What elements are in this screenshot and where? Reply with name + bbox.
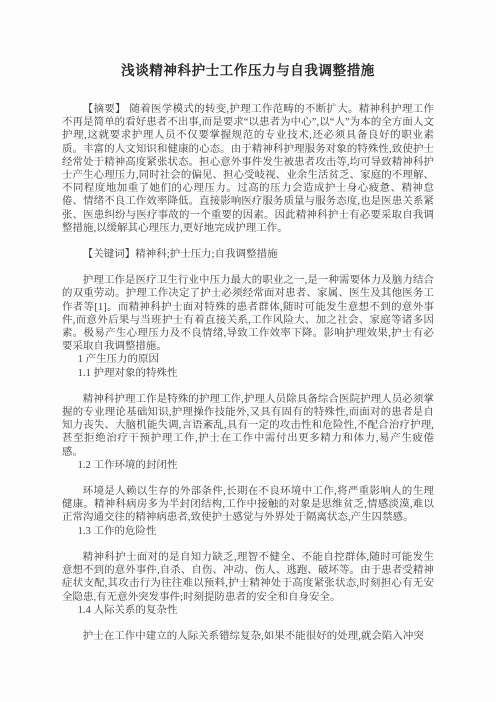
intro-paragraph: 护理工作是医疗卫生行业中压力最大的职业之一,是一种需要体力及脑力结合的双重劳动。… <box>62 274 434 353</box>
section-closed-environment: 1.2 工作环境的封闭性 环境是人赖以生存的外部条件,长期在不良环境中工作,将严… <box>62 459 434 525</box>
abstract-label: 【摘要】 <box>83 104 126 115</box>
keywords-paragraph: 【关键词】精神科;护士压力;自我调整措施 <box>62 248 434 261</box>
section-body: 护士在工作中建立的人际关系错综复杂,如果不能很好的处理,就会陷入冲突 <box>62 630 434 643</box>
section-body: 环境是人赖以生存的外部条件,长期在不良环境中工作,将严重影响人的生理健康。精神科… <box>62 485 434 525</box>
page-title: 浅谈精神科护士工作压力与自我调整措施 <box>62 63 434 78</box>
section-heading: 1.4 人际关系的复杂性 <box>62 604 434 617</box>
abstract-paragraph: 【摘要】随着医学模式的转变,护理工作范畴的不断扩大。精神科护理工作不再是简单的看… <box>62 103 434 235</box>
section-interpersonal-complexity: 1.4 人际关系的复杂性 护士在工作中建立的人际关系错综复杂,如果不能很好的处理… <box>62 604 434 643</box>
document-page: 浅谈精神科护士工作压力与自我调整措施 【摘要】随着医学模式的转变,护理工作范畴的… <box>0 0 496 702</box>
keywords-text: 精神科;护士压力;自我调整措施 <box>135 249 277 260</box>
section-heading: 1 产生压力的原因 <box>62 353 434 366</box>
section-body: 精神科护理工作是特殊的护理工作,护理人员除具备综合医院护理人员必须掌握的专业理论… <box>62 393 434 459</box>
section-body: 精神科护士面对的是自知力缺乏,理智不健全、不能自控群体,随时可能发生意想不到的意… <box>62 551 434 604</box>
abstract-text: 随着医学模式的转变,护理工作范畴的不断扩大。精神科护理工作不再是简单的看好患者不… <box>62 104 434 234</box>
section-work-danger: 1.3 工作的危险性 精神科护士面对的是自知力缺乏,理智不健全、不能自控群体,随… <box>62 525 434 604</box>
section-causes: 1 产生压力的原因 <box>62 353 434 366</box>
section-heading: 1.2 工作环境的封闭性 <box>62 459 434 472</box>
section-heading: 1.1 护理对象的特殊性 <box>62 367 434 380</box>
section-patient-particularity: 1.1 护理对象的特殊性 精神科护理工作是特殊的护理工作,护理人员除具备综合医院… <box>62 367 434 459</box>
section-heading: 1.3 工作的危险性 <box>62 525 434 538</box>
keywords-label: 【关键词】 <box>83 249 135 260</box>
